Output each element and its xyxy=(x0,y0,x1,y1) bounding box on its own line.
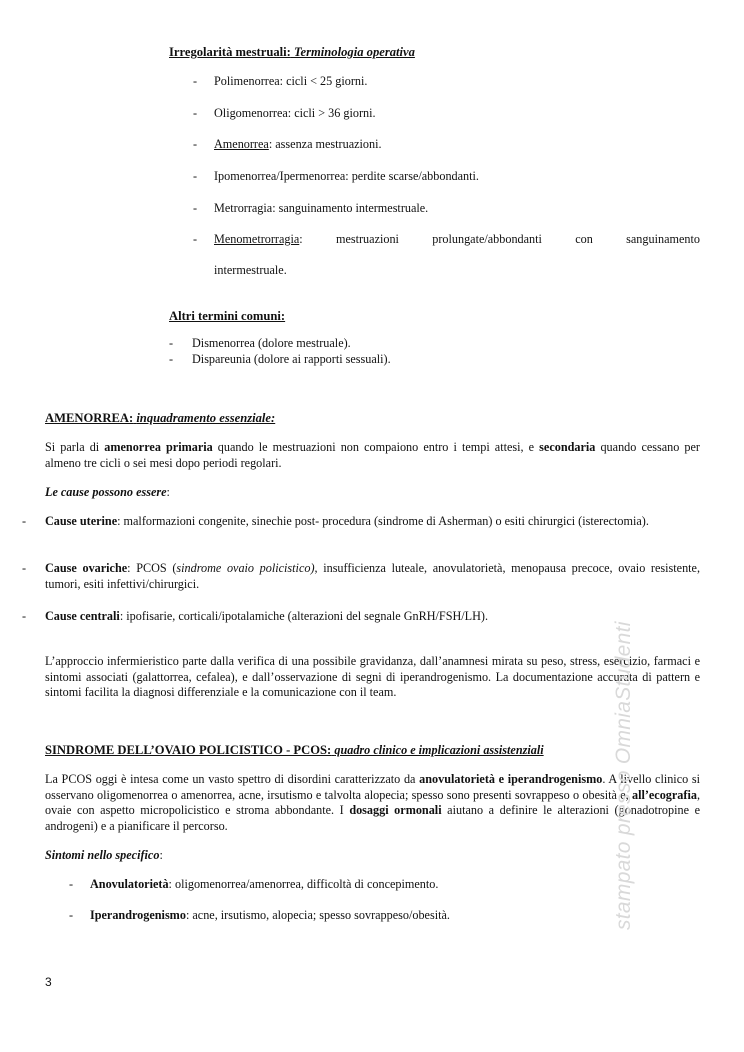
paragraph-pcos: La PCOS oggi è intesa come un vasto spet… xyxy=(45,772,700,834)
paragraph-amenorrea-def: Si parla di amenorrea primaria quando le… xyxy=(45,440,700,471)
bullet: - xyxy=(69,877,73,891)
title: Altri termini comuni: xyxy=(169,309,285,323)
bullet: - xyxy=(169,352,173,366)
term: Amenorrea xyxy=(214,137,269,151)
section-title-irregolarita: Irregolarità mestruali: Terminologia ope… xyxy=(169,45,415,60)
paragraph-approccio: L’approccio infermieristico parte dalla … xyxy=(45,654,700,701)
colon: : xyxy=(167,485,170,499)
bold-text: anovulatorietà e iperandrogenismo xyxy=(419,772,602,786)
list-item-text-menometrorragia: Menometrorragia: mestruazioni prolungate… xyxy=(214,232,700,247)
bold-text: dosaggi ormonali xyxy=(349,803,441,817)
term: Ipomenorrea/Ipermenorrea xyxy=(214,169,345,183)
bullet: - xyxy=(193,201,197,215)
title-bold: AMENORREA: xyxy=(45,411,133,425)
page-number: 3 xyxy=(45,975,52,989)
list-item: - xyxy=(169,352,173,367)
bullet: - xyxy=(22,609,26,624)
symptom-text: : acne, irsutismo, alopecia; spesso sovr… xyxy=(186,908,450,922)
title-bold: SINDROME DELL’OVAIO POLICISTICO - PCOS: xyxy=(45,743,331,757)
bullet: - xyxy=(193,74,197,88)
bullet: - xyxy=(22,609,26,623)
list-item: - xyxy=(193,232,197,247)
term: Menometrorragia xyxy=(214,232,299,246)
list-item: - xyxy=(193,169,197,184)
bold-text: secondaria xyxy=(539,440,595,454)
section-title-altri-termini: Altri termini comuni: xyxy=(169,309,285,324)
cause-item: Cause uterine: malformazioni congenite, … xyxy=(45,514,700,530)
text: Si parla di xyxy=(45,440,104,454)
list-item: - xyxy=(193,201,197,216)
term: Oligomenorrea xyxy=(214,106,288,120)
section-title-pcos: SINDROME DELL’OVAIO POLICISTICO - PCOS: … xyxy=(45,743,544,758)
list-item-text: Dispareunia (dolore ai rapporti sessuali… xyxy=(192,352,391,367)
cause-text: : malformazioni congenite, sinechie post… xyxy=(117,514,649,528)
colon: : xyxy=(159,848,162,862)
continuation: intermestruale. xyxy=(214,263,287,277)
title-italic: inquadramento essenziale: xyxy=(136,411,275,425)
cause-label: Cause uterine xyxy=(45,514,117,528)
bullet: - xyxy=(193,137,197,151)
list-item-text-continuation: intermestruale. xyxy=(214,263,287,278)
symptom-item: Anovulatorietà: oligomenorrea/amenorrea,… xyxy=(90,877,438,892)
bullet: - xyxy=(22,561,26,576)
label: Le cause possono essere xyxy=(45,485,167,499)
bullet: - xyxy=(169,336,173,350)
bullet: - xyxy=(193,106,197,120)
bullet: - xyxy=(193,169,197,183)
watermark: stampato presso OmniaStudenti xyxy=(612,621,636,930)
definition: : cicli > 36 giorni. xyxy=(288,106,376,120)
label: Sintomi nello specifico xyxy=(45,848,159,862)
item-text: Dispareunia (dolore ai rapporti sessuali… xyxy=(192,352,391,366)
cause-item: Cause ovariche: PCOS (sindrome ovaio pol… xyxy=(45,561,700,592)
list-item-text: Amenorrea: assenza mestruazioni. xyxy=(214,137,382,152)
list-item: - xyxy=(169,336,173,351)
section-title-amenorrea: AMENORREA: inquadramento essenziale: xyxy=(45,411,275,426)
list-item-text: Oligomenorrea: cicli > 36 giorni. xyxy=(214,106,376,121)
term: Metrorragia xyxy=(214,201,272,215)
list-item-text: Metrorragia: sanguinamento intermestrual… xyxy=(214,201,428,216)
symptom-label: Anovulatorietà xyxy=(90,877,169,891)
title-italic: quadro clinico e implicazioni assistenzi… xyxy=(334,743,543,757)
bold-text: amenorrea primaria xyxy=(104,440,212,454)
bullet: - xyxy=(69,877,73,892)
definition: : sanguinamento intermestruale. xyxy=(272,201,428,215)
definition: : assenza mestruazioni. xyxy=(269,137,382,151)
symptom-label: Iperandrogenismo xyxy=(90,908,186,922)
text: L’approccio infermieristico parte dalla … xyxy=(45,654,700,699)
title-italic: Terminologia operativa xyxy=(294,45,415,59)
definition: : perdite scarse/abbondanti. xyxy=(345,169,479,183)
word: con xyxy=(575,232,593,247)
cause-item: Cause centrali: ipofisarie, corticali/ip… xyxy=(45,609,700,624)
list-item: - xyxy=(193,106,197,121)
bullet: - xyxy=(69,908,73,922)
term: Polimenorrea xyxy=(214,74,280,88)
item-text: Dismenorrea (dolore mestruale). xyxy=(192,336,351,350)
word: mestruazioni xyxy=(336,232,399,247)
word: prolungate/abbondanti xyxy=(432,232,542,247)
page-number-text: 3 xyxy=(45,975,52,989)
symptom-text: : oligomenorrea/amenorrea, difficoltà di… xyxy=(169,877,439,891)
list-item: - xyxy=(193,74,197,89)
italic-text: sindrome ovaio policistico) xyxy=(176,561,314,575)
list-item-text: Polimenorrea: cicli < 25 giorni. xyxy=(214,74,367,89)
text: quando le mestruazioni non compaiono ent… xyxy=(213,440,539,454)
bullet: - xyxy=(22,514,26,529)
title-bold: Irregolarità mestruali: xyxy=(169,45,291,59)
definition: : cicli < 25 giorni. xyxy=(280,74,368,88)
cause-text: : ipofisarie, corticali/ipotalamiche (al… xyxy=(120,609,488,623)
list-item-text: Dismenorrea (dolore mestruale). xyxy=(192,336,351,351)
symptoms-label: Sintomi nello specifico: xyxy=(45,848,163,863)
bullet: - xyxy=(193,232,197,246)
symptom-item: Iperandrogenismo: acne, irsutismo, alope… xyxy=(90,908,450,923)
cause-label: Cause ovariche xyxy=(45,561,127,575)
list-item: - xyxy=(193,137,197,152)
text: La PCOS oggi è intesa come un vasto spet… xyxy=(45,772,419,786)
causes-label: Le cause possono essere: xyxy=(45,485,170,500)
bullet: - xyxy=(22,561,26,575)
word: sanguinamento xyxy=(626,232,700,247)
bullet: - xyxy=(22,514,26,528)
bold-text: all’ecografia xyxy=(632,788,697,802)
list-item-text: Ipomenorrea/Ipermenorrea: perdite scarse… xyxy=(214,169,479,184)
cause-text: : PCOS ( xyxy=(127,561,176,575)
cause-label: Cause centrali xyxy=(45,609,120,623)
bullet: - xyxy=(69,908,73,923)
